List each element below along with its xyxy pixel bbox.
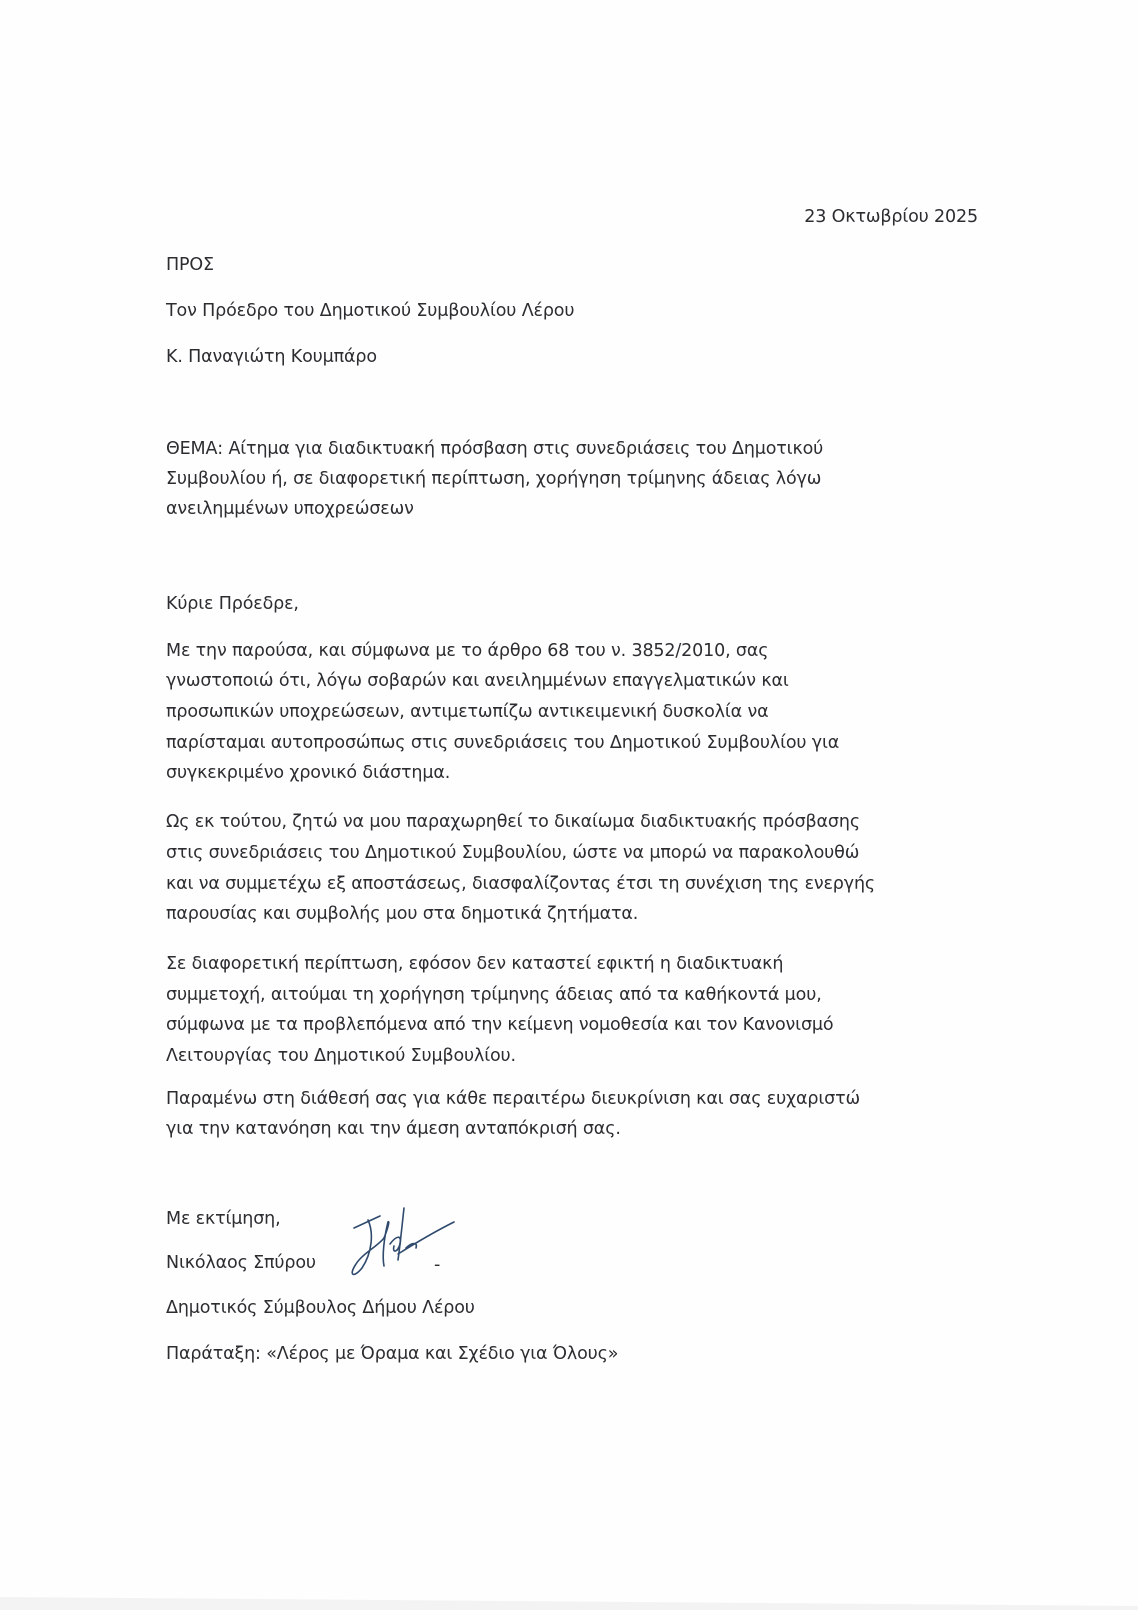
handwritten-signature [344, 1198, 464, 1278]
subject-line: ΘΕΜΑ: Αίτημα για διαδικτυακή πρόσβαση στ… [166, 438, 823, 460]
paragraph-line: Με την παρούσα, και σύμφωνα με το άρθρο … [166, 640, 768, 662]
paragraph-line: και να συμμετέχω εξ αποστάσεως, διασφαλί… [166, 873, 875, 895]
paragraph-line: Ως εκ τούτου, ζητώ να μου παραχωρηθεί το… [166, 811, 860, 833]
paragraph-line: για την κατανόηση και την άμεση ανταπόκρ… [166, 1118, 621, 1140]
subject-line: Συμβουλίου ή, σε διαφορετική περίπτωση, … [166, 468, 821, 490]
closing-regards: Με εκτίμηση, [166, 1208, 281, 1230]
paragraph-line: σύμφωνα με τα προβλεπόμενα από την κείμε… [166, 1014, 833, 1036]
paragraph-line: προσωπικών υποχρεώσεων, αντιμετωπίζω αντ… [166, 701, 768, 723]
recipient-line-1: Τον Πρόεδρο του Δημοτικού Συμβουλίου Λέρ… [166, 300, 574, 322]
letter-page: 23 Οκτωβρίου 2025 ΠΡΟΣ Τον Πρόεδρο του Δ… [0, 0, 1138, 1610]
subject-line: ανειλημμένων υποχρεώσεων [166, 498, 414, 520]
signer-faction: Παράταξη: «Λέρος με Όραμα και Σχέδιο για… [166, 1343, 618, 1365]
paragraph-line: συγκεκριμένο χρονικό διάστημα. [166, 762, 450, 784]
recipient-line-2: Κ. Παναγιώτη Κουμπάρο [166, 346, 377, 368]
paragraph-line: Σε διαφορετική περίπτωση, εφόσον δεν κατ… [166, 953, 783, 975]
paragraph-line: παρουσίας και συμβολής μου στα δημοτικά … [166, 903, 638, 925]
signer-title: Δημοτικός Σύμβουλος Δήμου Λέρου [166, 1297, 475, 1319]
paragraph-line: συμμετοχή, αιτούμαι τη χορήγηση τρίμηνης… [166, 984, 822, 1006]
paragraph-line: παρίσταμαι αυτοπροσώπως στις συνεδριάσει… [166, 732, 839, 754]
paragraph-line: στις συνεδριάσεις του Δημοτικού Συμβουλί… [166, 842, 859, 864]
paragraph-line: Λειτουργίας του Δημοτικού Συμβουλίου. [166, 1045, 516, 1067]
letter-date: 23 Οκτωβρίου 2025 [804, 206, 978, 228]
paragraph-line: γνωστοποιώ ότι, λόγω σοβαρών και ανειλημ… [166, 670, 789, 692]
paragraph-line: Παραμένω στη διάθεσή σας για κάθε περαιτ… [166, 1088, 860, 1110]
signer-name: Νικόλαος Σπύρου [166, 1252, 316, 1274]
recipient-label: ΠΡΟΣ [166, 254, 214, 276]
salutation: Κύριε Πρόεδρε, [166, 593, 299, 615]
signature-dash: - [434, 1254, 440, 1276]
